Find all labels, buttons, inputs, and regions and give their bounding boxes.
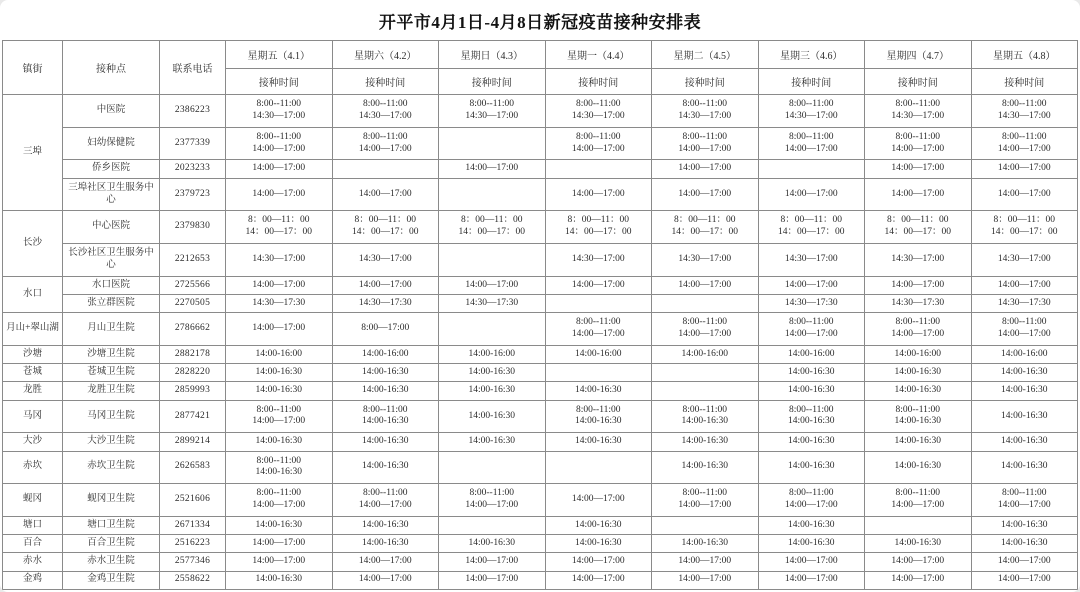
time-cell (545, 295, 652, 313)
phone-cell: 2626583 (160, 451, 226, 484)
time-cell: 14:00-16:30 (758, 451, 865, 484)
time-cell: 14:00-16:30 (545, 517, 652, 535)
table-row: 月山+翠山湖月山卫生院278666214:00—17:008:00—17:008… (3, 313, 1078, 346)
header-day-row: 镇街 接种点 联系电话 星期五（4.1） 星期六（4.2） 星期日（4.3） 星… (3, 41, 1078, 69)
phone-cell: 2386223 (160, 95, 226, 128)
time-cell: 14:30—17:00 (545, 244, 652, 277)
time-cell: 14:00-16:30 (332, 451, 439, 484)
header-time-label: 接种时间 (652, 69, 759, 95)
time-cell: 14:00—17:00 (652, 571, 759, 589)
time-cell: 14:00—17:00 (332, 276, 439, 294)
site-cell: 沙塘卫生院 (63, 346, 160, 364)
phone-cell: 2882178 (160, 346, 226, 364)
time-cell: 8:00--11:00 14:30—17:00 (545, 95, 652, 128)
time-cell (652, 364, 759, 382)
table-row: 塘口塘口卫生院267133414:00-16:3014:00-16:3014:0… (3, 517, 1078, 535)
time-cell: 14:00—17:00 (758, 571, 865, 589)
time-cell: 14:00—17:00 (758, 553, 865, 571)
time-cell: 14:00-16:30 (971, 433, 1078, 451)
site-cell: 赤水卫生院 (63, 553, 160, 571)
time-cell: 8:00--11:00 14:00—17:00 (971, 127, 1078, 160)
time-cell: 8:00--11:00 14:00-16:30 (545, 400, 652, 433)
town-cell: 三埠 (3, 95, 63, 211)
time-cell: 14:00-16:30 (332, 517, 439, 535)
header-day: 星期四（4.7） (865, 41, 972, 69)
time-cell: 8:00--11:00 14:30—17:00 (758, 95, 865, 128)
header-day: 星期三（4.6） (758, 41, 865, 69)
time-cell: 14:00-16:30 (652, 535, 759, 553)
phone-cell: 2671334 (160, 517, 226, 535)
time-cell (865, 517, 972, 535)
time-cell: 8：00—11：00 14：00—17：00 (758, 211, 865, 244)
time-cell: 14:00—17:00 (332, 178, 439, 211)
site-cell: 中医院 (63, 95, 160, 128)
town-cell: 龙胜 (3, 382, 63, 400)
time-cell: 14:30—17:30 (971, 295, 1078, 313)
time-cell: 8:00--11:00 14:30—17:00 (226, 95, 333, 128)
time-cell (439, 517, 546, 535)
time-cell (332, 160, 439, 178)
town-cell: 赤水 (3, 553, 63, 571)
time-cell: 14:00-16:30 (652, 433, 759, 451)
time-cell: 14:00-16:30 (226, 382, 333, 400)
time-cell: 14:30—17:00 (226, 244, 333, 277)
header-time-label: 接种时间 (758, 69, 865, 95)
time-cell: 8:00--11:00 14:00-16:30 (652, 400, 759, 433)
time-cell: 14:00—17:00 (439, 276, 546, 294)
time-cell: 14:00—17:00 (971, 571, 1078, 589)
time-cell: 8:00--11:00 14:00-16:30 (865, 400, 972, 433)
time-cell: 14:00-16:30 (439, 535, 546, 553)
table-row: 长沙社区卫生服务中心221265314:30—17:0014:30—17:001… (3, 244, 1078, 277)
phone-cell: 2577346 (160, 553, 226, 571)
time-cell: 8:00--11:00 14:00-16:30 (332, 400, 439, 433)
site-cell: 马冈卫生院 (63, 400, 160, 433)
header-time-label: 接种时间 (545, 69, 652, 95)
site-cell: 百合卫生院 (63, 535, 160, 553)
time-cell: 8:00--11:00 14:00—17:00 (652, 484, 759, 517)
time-cell: 14:00—17:00 (545, 571, 652, 589)
time-cell: 14:00—17:00 (652, 178, 759, 211)
time-cell: 14:00—17:00 (545, 553, 652, 571)
time-cell: 14:00-16:00 (439, 346, 546, 364)
time-cell: 14:00-16:30 (332, 364, 439, 382)
time-cell: 14:30—17:00 (865, 244, 972, 277)
time-cell: 14:00—17:00 (226, 276, 333, 294)
table-row: 水口水口医院272556614:00—17:0014:00—17:0014:00… (3, 276, 1078, 294)
table-row: 苍城苍城卫生院282822014:00-16:3014:00-16:3014:0… (3, 364, 1078, 382)
time-cell: 8:00--11:00 14:00-16:30 (758, 400, 865, 433)
town-cell: 赤坎 (3, 451, 63, 484)
site-cell: 长沙社区卫生服务中心 (63, 244, 160, 277)
time-cell (439, 313, 546, 346)
site-cell: 塘口卫生院 (63, 517, 160, 535)
phone-cell: 2379723 (160, 178, 226, 211)
table-header: 镇街 接种点 联系电话 星期五（4.1） 星期六（4.2） 星期日（4.3） 星… (3, 41, 1078, 95)
time-cell: 8：00—11：00 14：00—17：00 (332, 211, 439, 244)
town-cell: 月山+翠山湖 (3, 313, 63, 346)
time-cell: 14:00-16:30 (758, 535, 865, 553)
time-cell (758, 160, 865, 178)
town-cell: 蚬冈 (3, 484, 63, 517)
time-cell: 14:00-16:30 (439, 400, 546, 433)
time-cell: 14:00—17:00 (439, 160, 546, 178)
time-cell: 8:00--11:00 14:00—17:00 (758, 313, 865, 346)
time-cell: 14:00—17:00 (865, 571, 972, 589)
table-row: 赤坎赤坎卫生院26265838:00--11:00 14:00-16:3014:… (3, 451, 1078, 484)
phone-cell: 2023233 (160, 160, 226, 178)
time-cell: 14:00-16:30 (865, 382, 972, 400)
phone-cell: 2379830 (160, 211, 226, 244)
header-day: 星期一（4.4） (545, 41, 652, 69)
time-cell: 8:00--11:00 14:00—17:00 (226, 400, 333, 433)
table-row: 百合百合卫生院251622314:00—17:0014:00-16:3014:0… (3, 535, 1078, 553)
town-cell: 塘口 (3, 517, 63, 535)
time-cell: 14:00—17:00 (652, 160, 759, 178)
time-cell: 14:30—17:00 (758, 244, 865, 277)
time-cell: 8:00--11:00 14:00—17:00 (758, 484, 865, 517)
time-cell: 8:00--11:00 14:30—17:00 (971, 95, 1078, 128)
time-cell: 14:00—17:00 (226, 313, 333, 346)
time-cell: 14:00-16:30 (332, 433, 439, 451)
time-cell (439, 127, 546, 160)
time-cell: 14:00—17:00 (226, 535, 333, 553)
time-cell (439, 451, 546, 484)
time-cell: 8：00—11：00 14：00—17：00 (439, 211, 546, 244)
time-cell: 14:00—17:00 (439, 553, 546, 571)
time-cell: 14:00—17:00 (545, 276, 652, 294)
time-cell: 14:30—17:00 (652, 244, 759, 277)
time-cell: 14:00-16:30 (226, 571, 333, 589)
town-cell: 水口 (3, 276, 63, 312)
time-cell: 14:30—17:30 (332, 295, 439, 313)
time-cell: 14:30—17:30 (758, 295, 865, 313)
time-cell: 8:00--11:00 14:00—17:00 (971, 313, 1078, 346)
table-row: 蚬冈蚬冈卫生院25216068:00--11:00 14:00—17:008:0… (3, 484, 1078, 517)
time-cell: 14:00—17:00 (865, 276, 972, 294)
time-cell: 8:00--11:00 14:00—17:00 (226, 127, 333, 160)
time-cell: 8：00—11：00 14：00—17：00 (971, 211, 1078, 244)
time-cell: 14:00-16:00 (758, 346, 865, 364)
time-cell: 14:00-16:00 (545, 346, 652, 364)
site-cell: 张立群医院 (63, 295, 160, 313)
time-cell: 8：00—11：00 14：00—17：00 (865, 211, 972, 244)
time-cell: 14:00-16:30 (865, 364, 972, 382)
phone-cell: 2859993 (160, 382, 226, 400)
header-time-label: 接种时间 (865, 69, 972, 95)
time-cell: 14:00—17:00 (971, 276, 1078, 294)
time-cell: 14:00-16:30 (865, 433, 972, 451)
time-cell: 14:00—17:00 (226, 553, 333, 571)
site-cell: 妇幼保健院 (63, 127, 160, 160)
time-cell (545, 160, 652, 178)
time-cell: 14:00-16:30 (971, 400, 1078, 433)
time-cell: 14:00—17:00 (545, 178, 652, 211)
time-cell: 14:00—17:00 (758, 178, 865, 211)
time-cell: 14:00-16:30 (332, 382, 439, 400)
header-day: 星期五（4.8） (971, 41, 1078, 69)
page-title: 开平市4月1日-4月8日新冠疫苗接种安排表 (0, 0, 1080, 40)
time-cell (652, 517, 759, 535)
time-cell: 14:00-16:30 (439, 433, 546, 451)
phone-cell: 2725566 (160, 276, 226, 294)
time-cell (545, 451, 652, 484)
time-cell: 14:00-16:30 (439, 364, 546, 382)
time-cell: 14:00-16:30 (971, 517, 1078, 535)
table-row: 大沙大沙卫生院289921414:00-16:3014:00-16:3014:0… (3, 433, 1078, 451)
header-day: 星期二（4.5） (652, 41, 759, 69)
time-cell: 8:00--11:00 14:00—17:00 (865, 313, 972, 346)
header-day: 星期六（4.2） (332, 41, 439, 69)
header-site: 接种点 (63, 41, 160, 95)
time-cell: 8:00--11:00 14:00—17:00 (652, 313, 759, 346)
time-cell: 14:00—17:00 (332, 571, 439, 589)
time-cell: 14:00-16:30 (439, 382, 546, 400)
phone-cell: 2558622 (160, 571, 226, 589)
time-cell: 14:00—17:00 (226, 178, 333, 211)
time-cell (652, 295, 759, 313)
time-cell (439, 244, 546, 277)
time-cell: 8:00--11:00 14:30—17:00 (865, 95, 972, 128)
time-cell: 14:00-16:00 (652, 346, 759, 364)
time-cell: 8:00--11:00 14:00-16:30 (226, 451, 333, 484)
time-cell: 14:00-16:00 (226, 346, 333, 364)
phone-cell: 2516223 (160, 535, 226, 553)
site-cell: 苍城卫生院 (63, 364, 160, 382)
table-row: 三埠社区卫生服务中心237972314:00—17:0014:00—17:001… (3, 178, 1078, 211)
time-cell: 14:00-16:30 (758, 433, 865, 451)
time-cell: 8:00--11:00 14:00—17:00 (332, 484, 439, 517)
phone-cell: 2877421 (160, 400, 226, 433)
time-cell: 14:00—17:00 (971, 553, 1078, 571)
site-cell: 水口医院 (63, 276, 160, 294)
time-cell: 14:00-16:30 (226, 433, 333, 451)
table-row: 马冈马冈卫生院28774218:00--11:00 14:00—17:008:0… (3, 400, 1078, 433)
time-cell: 14:00—17:00 (758, 276, 865, 294)
time-cell: 14:00-16:30 (971, 451, 1078, 484)
site-cell: 侨乡医院 (63, 160, 160, 178)
phone-cell: 2270505 (160, 295, 226, 313)
town-cell: 百合 (3, 535, 63, 553)
time-cell: 14:00-16:00 (971, 346, 1078, 364)
town-cell: 长沙 (3, 211, 63, 276)
time-cell: 8:00--11:00 14:00—17:00 (865, 484, 972, 517)
time-cell: 14:00-16:00 (865, 346, 972, 364)
town-cell: 马冈 (3, 400, 63, 433)
table-row: 龙胜龙胜卫生院285999314:00-16:3014:00-16:3014:0… (3, 382, 1078, 400)
table-row: 赤水赤水卫生院257734614:00—17:0014:00—17:0014:0… (3, 553, 1078, 571)
phone-cell: 2828220 (160, 364, 226, 382)
header-time-label: 接种时间 (332, 69, 439, 95)
time-cell: 8:00--11:00 14:00—17:00 (758, 127, 865, 160)
time-cell: 14:00-16:30 (652, 451, 759, 484)
time-cell: 8:00--11:00 14:00—17:00 (971, 484, 1078, 517)
time-cell: 14:00-16:30 (226, 364, 333, 382)
time-cell: 8：00—11：00 14：00—17：00 (545, 211, 652, 244)
table-row: 沙塘沙塘卫生院288217814:00-16:0014:00-16:0014:0… (3, 346, 1078, 364)
town-cell: 苍城 (3, 364, 63, 382)
site-cell: 龙胜卫生院 (63, 382, 160, 400)
time-cell: 8:00--11:00 14:00—17:00 (545, 127, 652, 160)
time-cell: 14:00—17:00 (971, 178, 1078, 211)
schedule-body: 三埠中医院23862238:00--11:00 14:30—17:008:00-… (3, 95, 1078, 590)
site-cell: 金鸡卫生院 (63, 571, 160, 589)
time-cell: 14:30—17:30 (865, 295, 972, 313)
time-cell: 14:00-16:30 (971, 364, 1078, 382)
phone-cell: 2899214 (160, 433, 226, 451)
time-cell: 8:00--11:00 14:00—17:00 (439, 484, 546, 517)
table-row: 三埠中医院23862238:00--11:00 14:30—17:008:00-… (3, 95, 1078, 128)
phone-cell: 2786662 (160, 313, 226, 346)
site-cell: 大沙卫生院 (63, 433, 160, 451)
time-cell: 14:00-16:30 (865, 535, 972, 553)
header-town: 镇街 (3, 41, 63, 95)
table-row: 长沙中心医院23798308：00—11：00 14：00—17：008：00—… (3, 211, 1078, 244)
time-cell (545, 364, 652, 382)
time-cell: 8:00--11:00 14:00—17:00 (226, 484, 333, 517)
town-cell: 金鸡 (3, 571, 63, 589)
time-cell: 8:00--11:00 14:00—17:00 (545, 313, 652, 346)
time-cell: 14:00—17:00 (865, 553, 972, 571)
time-cell: 8:00--11:00 14:00—17:00 (865, 127, 972, 160)
time-cell: 14:00—17:00 (545, 484, 652, 517)
time-cell: 8:00--11:00 14:30—17:00 (439, 95, 546, 128)
time-cell: 14:00—17:00 (652, 553, 759, 571)
time-cell (439, 178, 546, 211)
header-time-label: 接种时间 (971, 69, 1078, 95)
time-cell: 8:00--11:00 14:00—17:00 (332, 127, 439, 160)
time-cell: 8:00—17:00 (332, 313, 439, 346)
time-cell (652, 382, 759, 400)
time-cell: 14:00—17:00 (439, 571, 546, 589)
header-day: 星期日（4.3） (439, 41, 546, 69)
time-cell: 14:00-16:30 (758, 382, 865, 400)
town-cell: 沙塘 (3, 346, 63, 364)
header-day: 星期五（4.1） (226, 41, 333, 69)
time-cell: 14:00-16:30 (545, 535, 652, 553)
time-cell: 14:00—17:00 (865, 178, 972, 211)
vaccination-schedule-table: 镇街 接种点 联系电话 星期五（4.1） 星期六（4.2） 星期日（4.3） 星… (2, 40, 1078, 590)
town-cell: 大沙 (3, 433, 63, 451)
table-row: 张立群医院227050514:30—17:3014:30—17:3014:30—… (3, 295, 1078, 313)
time-cell: 14:00—17:00 (652, 276, 759, 294)
header-phone: 联系电话 (160, 41, 226, 95)
time-cell: 14:00—17:00 (226, 160, 333, 178)
time-cell: 14:30—17:30 (226, 295, 333, 313)
site-cell: 中心医院 (63, 211, 160, 244)
site-cell: 月山卫生院 (63, 313, 160, 346)
time-cell: 14:00—17:00 (865, 160, 972, 178)
time-cell: 8:00--11:00 14:00—17:00 (652, 127, 759, 160)
time-cell: 14:00-16:30 (758, 517, 865, 535)
time-cell: 14:00-16:30 (226, 517, 333, 535)
table-row: 侨乡医院202323314:00—17:0014:00—17:0014:00—1… (3, 160, 1078, 178)
time-cell: 14:00-16:30 (865, 451, 972, 484)
time-cell: 14:00-16:30 (758, 364, 865, 382)
time-cell: 14:00-16:30 (971, 382, 1078, 400)
site-cell: 赤坎卫生院 (63, 451, 160, 484)
time-cell: 14:00—17:00 (971, 160, 1078, 178)
time-cell: 14:00-16:30 (971, 535, 1078, 553)
time-cell: 14:00-16:00 (332, 346, 439, 364)
phone-cell: 2212653 (160, 244, 226, 277)
table-row: 金鸡金鸡卫生院255862214:00-16:3014:00—17:0014:0… (3, 571, 1078, 589)
phone-cell: 2377339 (160, 127, 226, 160)
header-time-label: 接种时间 (439, 69, 546, 95)
page: 开平市4月1日-4月8日新冠疫苗接种安排表 镇街 接种点 联系电话 星期五（4.… (0, 0, 1080, 592)
time-cell: 8：00—11：00 14：00—17：00 (652, 211, 759, 244)
time-cell: 8：00—11：00 14：00—17：00 (226, 211, 333, 244)
time-cell: 14:00-16:30 (545, 433, 652, 451)
time-cell: 14:30—17:00 (971, 244, 1078, 277)
time-cell: 14:30—17:30 (439, 295, 546, 313)
site-cell: 蚬冈卫生院 (63, 484, 160, 517)
table-row: 妇幼保健院23773398:00--11:00 14:00—17:008:00-… (3, 127, 1078, 160)
header-time-label: 接种时间 (226, 69, 333, 95)
time-cell: 8:00--11:00 14:30—17:00 (652, 95, 759, 128)
phone-cell: 2521606 (160, 484, 226, 517)
time-cell: 14:00-16:30 (332, 535, 439, 553)
time-cell: 14:00-16:30 (545, 382, 652, 400)
time-cell: 8:00--11:00 14:30—17:00 (332, 95, 439, 128)
site-cell: 三埠社区卫生服务中心 (63, 178, 160, 211)
time-cell: 14:30—17:00 (332, 244, 439, 277)
time-cell: 14:00—17:00 (332, 553, 439, 571)
